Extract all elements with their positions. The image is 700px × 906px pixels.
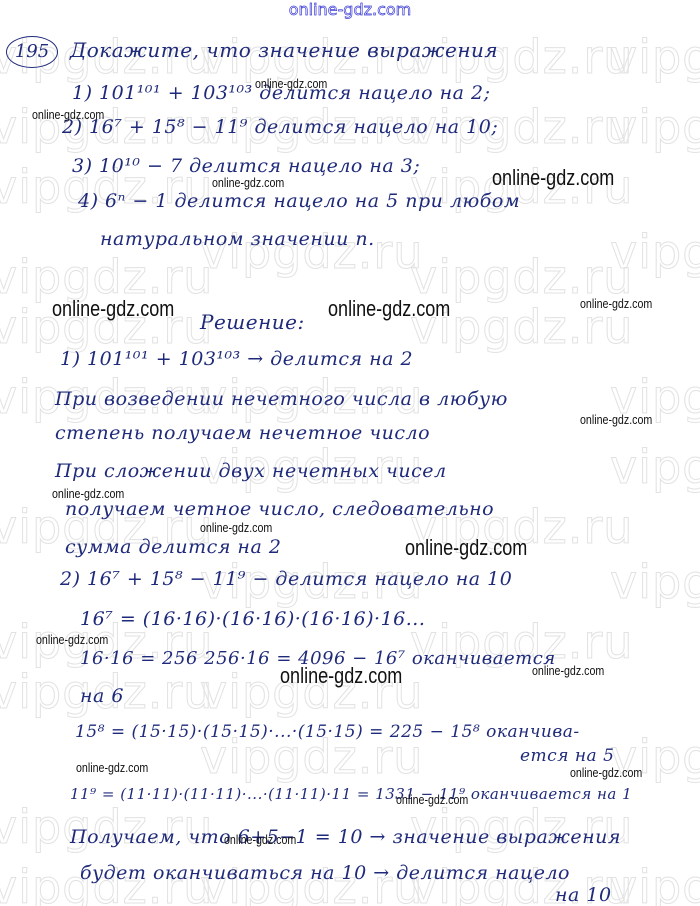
- solution-title: Решение:: [200, 310, 305, 334]
- online-gdz-watermark: online-gdz.com: [32, 107, 104, 122]
- online-gdz-watermark: online-gdz.com: [580, 412, 652, 427]
- task-item-4: 4) 6ⁿ − 1 делится нацело на 5 при любом: [78, 190, 520, 212]
- online-gdz-watermark: online-gdz.com: [255, 76, 327, 91]
- online-gdz-watermark: online-gdz.com: [492, 165, 614, 191]
- vipgdz-watermark: vipgdz.ru: [610, 100, 700, 154]
- online-gdz-watermark: online-gdz.com: [52, 486, 124, 501]
- online-gdz-watermark: online-gdz.com: [36, 632, 108, 647]
- task-item-4-cont: натуральном значении n.: [100, 228, 375, 250]
- solution-line: 11⁹ = (11·11)·(11·11)·...·(11·11)·11 = 1…: [70, 785, 632, 803]
- solution-line: ется на 5: [520, 746, 614, 766]
- solution-line: При сложении двух нечетных чисел: [55, 460, 447, 482]
- vipgdz-watermark: vipgdz.ru: [610, 30, 700, 84]
- solution-line: 16⁷ = (16·16)·(16·16)·(16·16)·16...: [80, 608, 425, 630]
- online-gdz-watermark: online-gdz.com: [280, 663, 402, 689]
- solution-line: 1) 101¹⁰¹ + 103¹⁰³ → делится на 2: [60, 348, 413, 370]
- task-item-3: 3) 10¹⁰ − 7 делится нацело на 3;: [72, 155, 420, 177]
- online-gdz-watermark: online-gdz.com: [212, 175, 284, 190]
- homework-page: vipgdz.ru vipgdz.ru vipgdz.ru vipgdz.ru …: [0, 0, 700, 906]
- solution-line: на 6: [80, 685, 124, 707]
- online-gdz-watermark: online-gdz.com: [76, 760, 148, 775]
- online-gdz-watermark: online-gdz.com: [328, 296, 450, 322]
- solution-line: 15⁸ = (15·15)·(15·15)·...·(15·15) = 225 …: [75, 722, 580, 742]
- online-gdz-watermark: online-gdz.com: [200, 520, 272, 535]
- vipgdz-watermark: vipgdz.ru: [610, 860, 700, 906]
- solution-line: При возведении нечетного числа в любую: [55, 388, 508, 410]
- task-number-badge: 195: [6, 36, 58, 68]
- online-gdz-watermark: online-gdz.com: [224, 832, 296, 847]
- vipgdz-watermark: vipgdz.ru: [610, 440, 700, 494]
- solution-line: Получаем, что 6+5−1 = 10 → значение выра…: [70, 826, 621, 848]
- online-gdz-watermark: online-gdz.com: [396, 792, 468, 807]
- online-gdz-watermark: online-gdz.com: [580, 296, 652, 311]
- solution-line: получаем четное число, следовательно: [65, 498, 494, 520]
- online-gdz-watermark: online-gdz.com: [532, 663, 604, 678]
- online-gdz-watermark: online-gdz.com: [52, 296, 174, 322]
- solution-line: 2) 16⁷ + 15⁸ − 11⁹ − делится нацело на 1…: [60, 568, 512, 590]
- header-watermark: online-gdz.com: [0, 0, 700, 19]
- online-gdz-watermark: online-gdz.com: [405, 535, 527, 561]
- online-gdz-watermark: online-gdz.com: [570, 765, 642, 780]
- solution-line: степень получаем нечетное число: [55, 422, 430, 444]
- solution-line: будет оканчиваться на 10 → делится нацел…: [80, 862, 570, 884]
- vipgdz-watermark: vipgdz.ru: [610, 225, 700, 279]
- vipgdz-watermark: vipgdz.ru: [610, 555, 700, 609]
- task-item-2: 2) 16⁷ + 15⁸ − 11⁹ делится нацело на 10;: [62, 116, 498, 138]
- solution-line: на 10: [555, 884, 612, 906]
- solution-line: сумма делится на 2: [65, 536, 281, 558]
- task-statement: Докажите, что значение выражения: [70, 38, 498, 62]
